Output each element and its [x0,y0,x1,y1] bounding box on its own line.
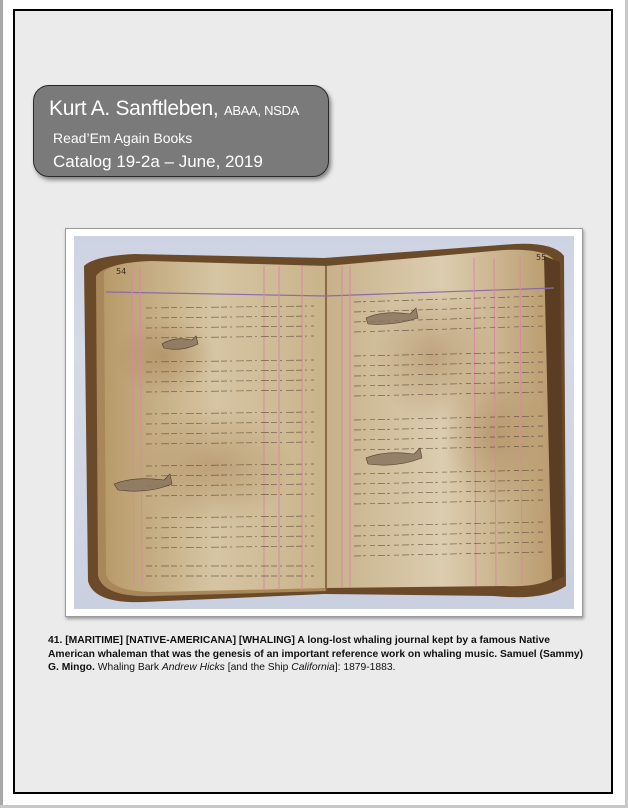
catalog-title: Catalog 19-2a – June, 2019 [49,151,328,173]
item-tags: [MARITIME] [NATIVE-AMERICANA] [WHALING] [65,635,295,646]
catalog-header-box: Kurt A. Sanftleben, ABAA, NSDA Read’Em A… [33,85,329,177]
dealer-name: Kurt A. Sanftleben, [49,97,218,120]
item-detail-prefix: Whaling Bark [98,662,162,673]
shop-name: Read’Em Again Books [49,128,328,148]
whaling-journal-photo: 54 55 [74,236,574,609]
dealer-credentials: ABAA, NSDA [224,103,299,118]
item-number: 41. [48,635,62,646]
vessel-name-2: California [291,662,335,673]
item-description: 41. [MARITIME] [NATIVE-AMERICANA] [WHALI… [48,634,593,675]
window-left-edge [0,0,3,808]
journal-illustration: 54 55 [74,236,574,609]
left-page-number: 54 [116,267,126,276]
dealer-name-line: Kurt A. Sanftleben, ABAA, NSDA [49,96,328,124]
item-detail-suffix: ]: 1879-1883. [335,662,396,673]
right-page-number: 55 [536,253,546,262]
item-detail-mid: [and the Ship [225,662,291,673]
catalog-page: Kurt A. Sanftleben, ABAA, NSDA Read’Em A… [13,9,613,794]
item-photo-frame: 54 55 [65,228,583,617]
vessel-name-1: Andrew Hicks [162,662,225,673]
